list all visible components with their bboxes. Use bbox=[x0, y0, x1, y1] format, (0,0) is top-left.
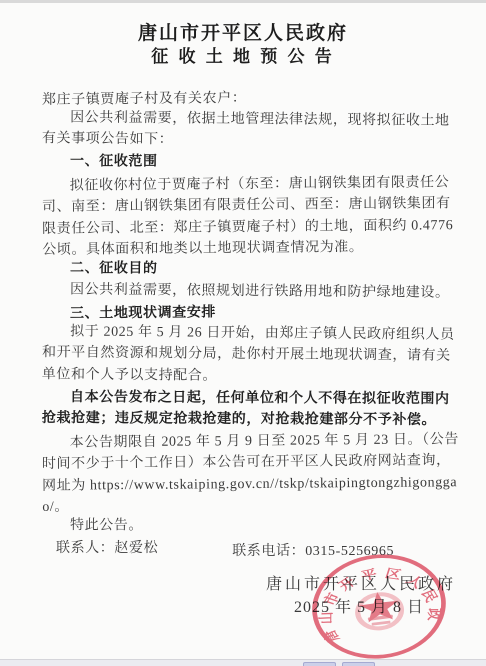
section-2-heading: 二、征收目的 bbox=[42, 258, 460, 282]
document-body: 郑庄子镇贾庵子村及有关农户： 因公共利益需要，依据土地管理法律法规，现将拟征收土… bbox=[42, 88, 460, 559]
issue-date: 2025 年 5 月 8 日 bbox=[0, 594, 456, 617]
document-header: 唐山市开平区人民政府 征 收 土 地 预 公 告 bbox=[0, 22, 486, 68]
footer-button-1[interactable] bbox=[303, 662, 336, 666]
signature-block: 唐山市开平区人民政府 2025 年 5 月 8 日 bbox=[0, 571, 486, 617]
issuer-title: 唐山市开平区人民政府 bbox=[0, 22, 486, 45]
section-3-body: 拟于 2025 年 5 月 26 日开始，由郑庄子镇人民政府组织人员和开平自然资… bbox=[42, 322, 461, 390]
announcement-title: 征 收 土 地 预 公 告 bbox=[0, 45, 486, 68]
validity-and-website-paragraph: 本公告期限自 2025 年 5 月 9 日至 2025 年 5 月 23 日。（… bbox=[42, 429, 461, 518]
issuer-signature: 唐山市开平区人民政府 bbox=[0, 571, 456, 594]
contact-row: 联系人：赵爱松 联系电话：0315-5256965 bbox=[42, 538, 460, 559]
no-rush-construction-warning: 自本公告发布之日起，任何单位和个人不得在拟征收范围内抢栽抢建；违反规定抢栽抢建的… bbox=[42, 387, 460, 432]
section-1-body: 拟征收你村位于贾庵子村（东至：唐山钢铁集团有限责任公司、南至：唐山钢铁集团有限责… bbox=[42, 172, 461, 261]
intro-paragraph: 因公共利益需要，依据土地管理法律法规，现将拟征收土地有关事项公告如下： bbox=[42, 108, 460, 154]
scanned-document-page: 唐山市开平区人民政府 征 收 土 地 预 公 告 郑庄子镇贾庵子村及有关农户： … bbox=[0, 3, 486, 659]
contact-person: 联系人：赵爱松 bbox=[42, 538, 158, 559]
bottom-toolbar-strip bbox=[0, 659, 486, 666]
closing-line: 特此公告。 bbox=[42, 515, 460, 539]
contact-phone: 联系电话：0315-5256965 bbox=[232, 541, 394, 562]
section-1-heading: 一、征收范围 bbox=[42, 151, 460, 175]
footer-button-2[interactable] bbox=[342, 662, 375, 666]
